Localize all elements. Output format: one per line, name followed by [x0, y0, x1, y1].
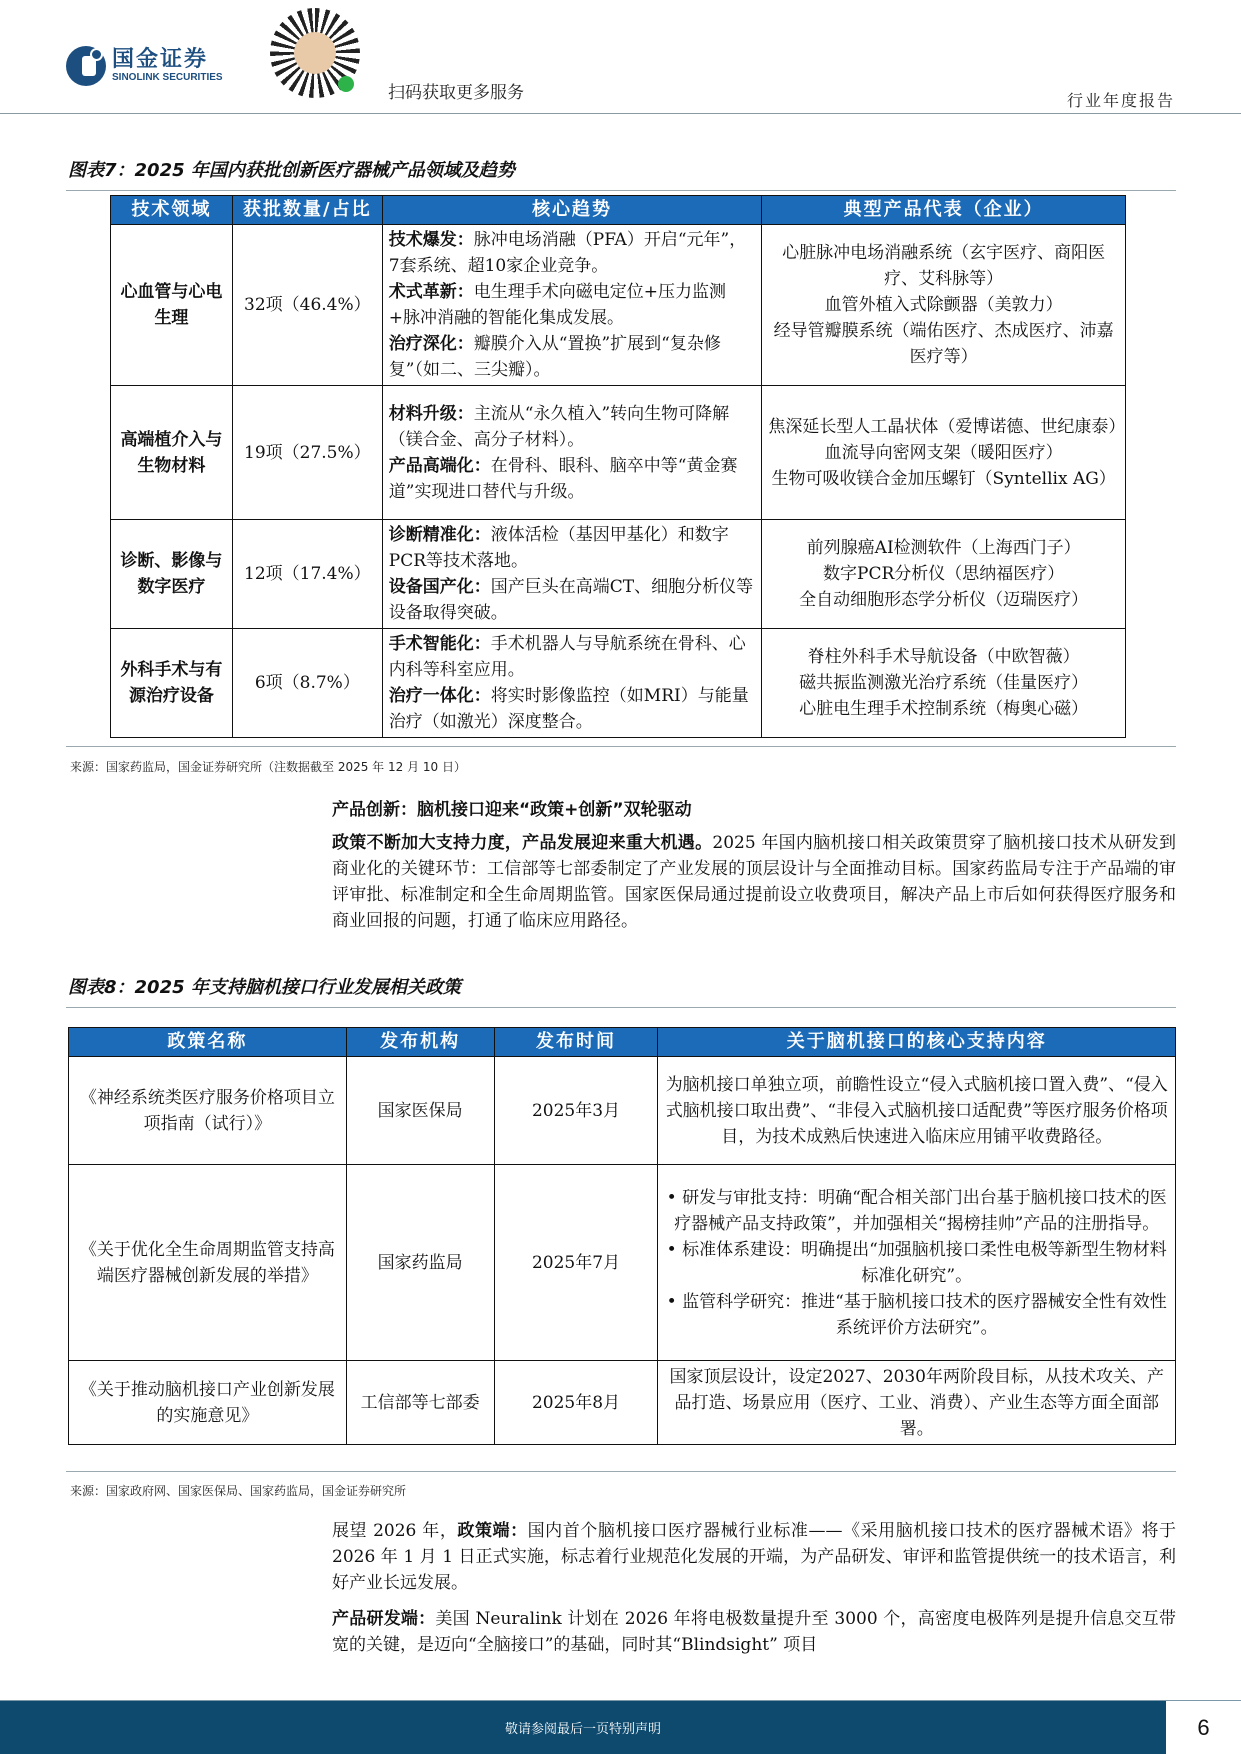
agency-cell: 国家药监局: [346, 1165, 494, 1361]
figure7-source: 来源：国家药监局，国金证券研究所（注数据截至 2025 年 12 月 10 日）: [70, 758, 466, 775]
date-cell: 2025年8月: [494, 1361, 658, 1445]
date-cell: 2025年3月: [494, 1057, 658, 1165]
table-row: 外科手术与有源治疗设备 6项（8.7%） 手术智能化：手术机器人与导航系统在骨科…: [111, 629, 1126, 738]
trends-cell: 技术爆发：脉冲电场消融（PFA）开启“元年”，7套系统、超10家企业竞争。 术式…: [382, 225, 762, 386]
policy-name-cell: 《神经系统类医疗服务价格项目立项指南（试行）》: [69, 1057, 347, 1165]
mini-program-icon: [338, 76, 354, 92]
products-cell: 前列腺癌AI检测软件（上海西门子） 数字PCR分析仪（思纳福医疗） 全自动细胞形…: [762, 520, 1126, 629]
count-cell: 12项（17.4%）: [232, 520, 382, 629]
count-cell: 32项（46.4%）: [232, 225, 382, 386]
report-type: 行业年度报告: [1067, 88, 1175, 111]
qr-code-icon[interactable]: [270, 8, 360, 98]
page-number: 6: [1166, 1701, 1241, 1754]
figure7-title: 图表7：2025 年国内获批创新医疗器械产品领域及趋势: [68, 156, 515, 182]
figure8-bottom-divider: [66, 1471, 1176, 1472]
col-header-content: 关于脑机接口的核心支持内容: [658, 1028, 1176, 1057]
figure7-bottom-divider: [66, 746, 1176, 747]
header-divider: [0, 113, 1241, 114]
products-cell: 心脏脉冲电场消融系统（玄宇医疗、商阳医疗、艾科脉等） 血管外植入式除颤器（美敦力…: [762, 225, 1126, 386]
col-header-policy: 政策名称: [69, 1028, 347, 1057]
outlook-product-paragraph: 产品研发端：美国 Neuralink 计划在 2026 年将电极数量提升至 30…: [332, 1606, 1176, 1658]
trends-cell: 诊断精准化：液体活检（基因甲基化）和数字PCR等技术落地。 设备国产化：国产巨头…: [382, 520, 762, 629]
logo-cn-text: 国金证券: [112, 48, 223, 72]
policy-name-cell: 《关于优化全生命周期监管支持高端医疗器械创新发展的举措》: [69, 1165, 347, 1361]
col-header-date: 发布时间: [494, 1028, 658, 1057]
footer-bar: 敬请参阅最后一页特别声明: [0, 1701, 1166, 1754]
figure8-title: 图表8：2025 年支持脑机接口行业发展相关政策: [68, 973, 461, 999]
trends-cell: 材料升级：主流从“永久植入”转向生物可降解（镁合金、高分子材料）。 产品高端化：…: [382, 386, 762, 520]
col-header-field: 技术领域: [111, 196, 233, 225]
table-row: 诊断、影像与数字医疗 12项（17.4%） 诊断精准化：液体活检（基因甲基化）和…: [111, 520, 1126, 629]
content-cell: • 研发与审批支持：明确“配合相关部门出台基于脑机接口技术的医疗器械产品支持政策…: [658, 1165, 1176, 1361]
figure8-divider: [66, 1007, 1176, 1008]
field-cell: 高端植介入与生物材料: [111, 386, 233, 520]
date-cell: 2025年7月: [494, 1165, 658, 1361]
field-cell: 诊断、影像与数字医疗: [111, 520, 233, 629]
agency-cell: 国家医保局: [346, 1057, 494, 1165]
section-heading: 产品创新：脑机接口迎来“政策+创新”双轮驱动: [332, 795, 692, 820]
figure8-table: 政策名称 发布机构 发布时间 关于脑机接口的核心支持内容 《神经系统类医疗服务价…: [68, 1027, 1176, 1445]
col-header-agency: 发布机构: [346, 1028, 494, 1057]
table-row: 《关于推动脑机接口产业创新发展的实施意见》 工信部等七部委 2025年8月 国家…: [69, 1361, 1176, 1445]
table-row: 心血管与心电生理 32项（46.4%） 技术爆发：脉冲电场消融（PFA）开启“元…: [111, 225, 1126, 386]
field-cell: 外科手术与有源治疗设备: [111, 629, 233, 738]
content-cell: 国家顶层设计，设定2027、2030年两阶段目标，从技术攻关、产品打造、场景应用…: [658, 1361, 1176, 1445]
agency-cell: 工信部等七部委: [346, 1361, 494, 1445]
policy-name-cell: 《关于推动脑机接口产业创新发展的实施意见》: [69, 1361, 347, 1445]
products-cell: 焦深延长型人工晶状体（爱博诺德、世纪康泰） 血流导向密网支架（暖阳医疗） 生物可…: [762, 386, 1126, 520]
figure8-source: 来源：国家政府网、国家医保局、国家药监局，国金证券研究所: [70, 1482, 406, 1499]
table-row: 《关于优化全生命周期监管支持高端医疗器械创新发展的举措》 国家药监局 2025年…: [69, 1165, 1176, 1361]
table-row: 高端植介入与生物材料 19项（27.5%） 材料升级：主流从“永久植入”转向生物…: [111, 386, 1126, 520]
figure7-divider: [66, 190, 1176, 191]
section-paragraph: 政策不断加大支持力度，产品发展迎来重大机遇。2025 年国内脑机接口相关政策贯穿…: [332, 830, 1176, 934]
content-cell: 为脑机接口单独立项，前瞻性设立“侵入式脑机接口置入费”、“侵入式脑机接口取出费”…: [658, 1057, 1176, 1165]
figure7-table: 技术领域 获批数量/占比 核心趋势 典型产品代表（企业） 心血管与心电生理 32…: [110, 195, 1126, 738]
products-cell: 脊柱外科手术导航设备（中欧智薇） 磁共振监测激光治疗系统（佳量医疗） 心脏电生理…: [762, 629, 1126, 738]
field-cell: 心血管与心电生理: [111, 225, 233, 386]
qr-caption: 扫码获取更多服务: [388, 78, 524, 103]
count-cell: 19项（27.5%）: [232, 386, 382, 520]
footer-disclaimer: 敬请参阅最后一页特别声明: [505, 1718, 661, 1737]
logo-icon: [66, 46, 106, 86]
count-cell: 6项（8.7%）: [232, 629, 382, 738]
table-row: 《神经系统类医疗服务价格项目立项指南（试行）》 国家医保局 2025年3月 为脑…: [69, 1057, 1176, 1165]
col-header-trends: 核心趋势: [382, 196, 762, 225]
outlook-policy-paragraph: 展望 2026 年，政策端：国内首个脑机接口医疗器械行业标准——《采用脑机接口技…: [332, 1518, 1176, 1596]
logo-en-text: SINOLINK SECURITIES: [112, 72, 223, 84]
col-header-count: 获批数量/占比: [232, 196, 382, 225]
company-logo: 国金证券 SINOLINK SECURITIES: [66, 46, 223, 86]
col-header-products: 典型产品代表（企业）: [762, 196, 1126, 225]
trends-cell: 手术智能化：手术机器人与导航系统在骨科、心内科等科室应用。 治疗一体化：将实时影…: [382, 629, 762, 738]
